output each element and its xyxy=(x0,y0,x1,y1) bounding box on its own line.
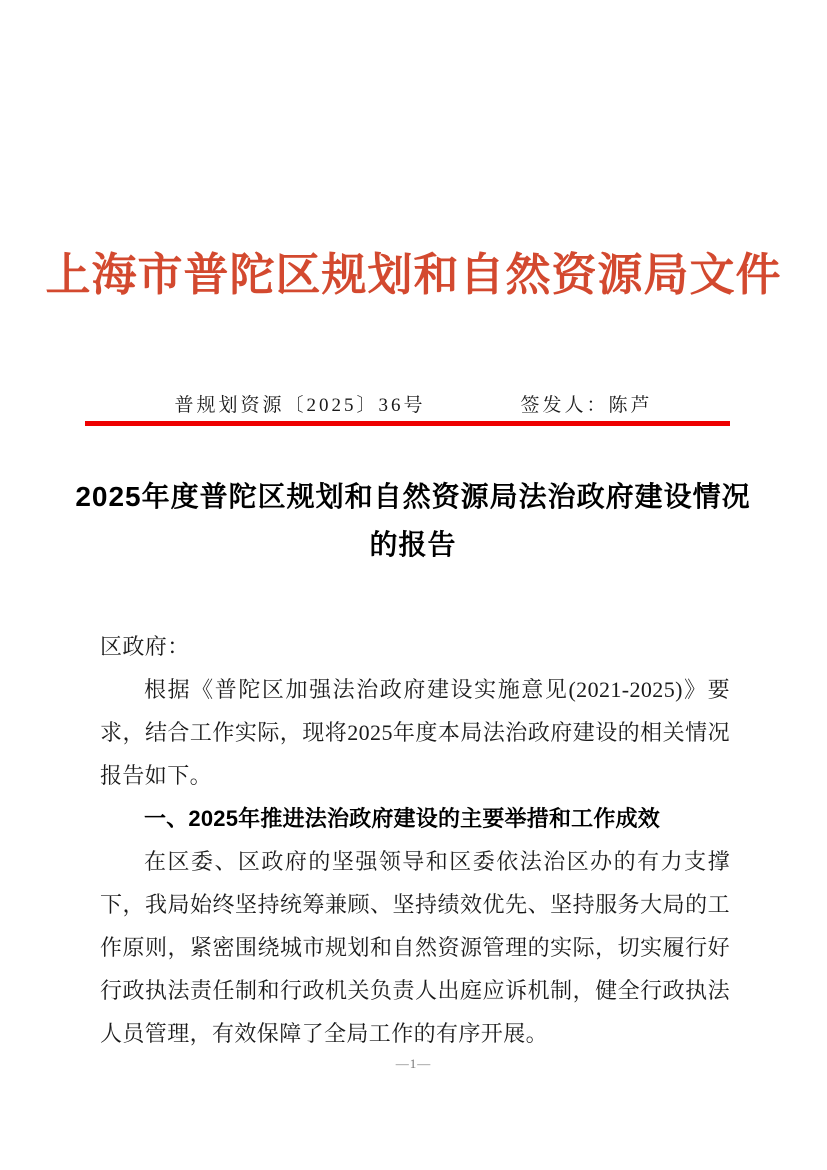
red-separator-line xyxy=(85,421,730,426)
document-body: 区政府： 根据《普陀区加强法治政府建设实施意见(2021-2025)》要求，结合… xyxy=(100,625,730,1055)
section-heading: 一、2025年推进法治政府建设的主要举措和工作成效 xyxy=(100,797,730,840)
paragraph-intro: 根据《普陀区加强法治政府建设实施意见(2021-2025)》要求，结合工作实际，… xyxy=(100,668,730,797)
page-number: —1— xyxy=(0,1056,827,1072)
agency-header-title: 上海市普陀区规划和自然资源局文件 xyxy=(0,249,827,301)
doc-info-row: 普规划资源〔2025〕36号 签发人：陈芦 xyxy=(0,394,827,418)
salutation: 区政府： xyxy=(100,625,730,668)
signer-name: 签发人：陈芦 xyxy=(521,394,653,418)
doc-number: 普规划资源〔2025〕36号 xyxy=(174,394,425,418)
document-title: 2025年度普陀区规划和自然资源局法治政府建设情况的报告 xyxy=(73,473,753,569)
document-page: 上海市普陀区规划和自然资源局文件 普规划资源〔2025〕36号 签发人：陈芦 2… xyxy=(0,0,827,1170)
paragraph-achievements: 在区委、区政府的坚强领导和区委依法治区办的有力支撑下，我局始终坚持统筹兼顾、坚持… xyxy=(100,840,730,1055)
